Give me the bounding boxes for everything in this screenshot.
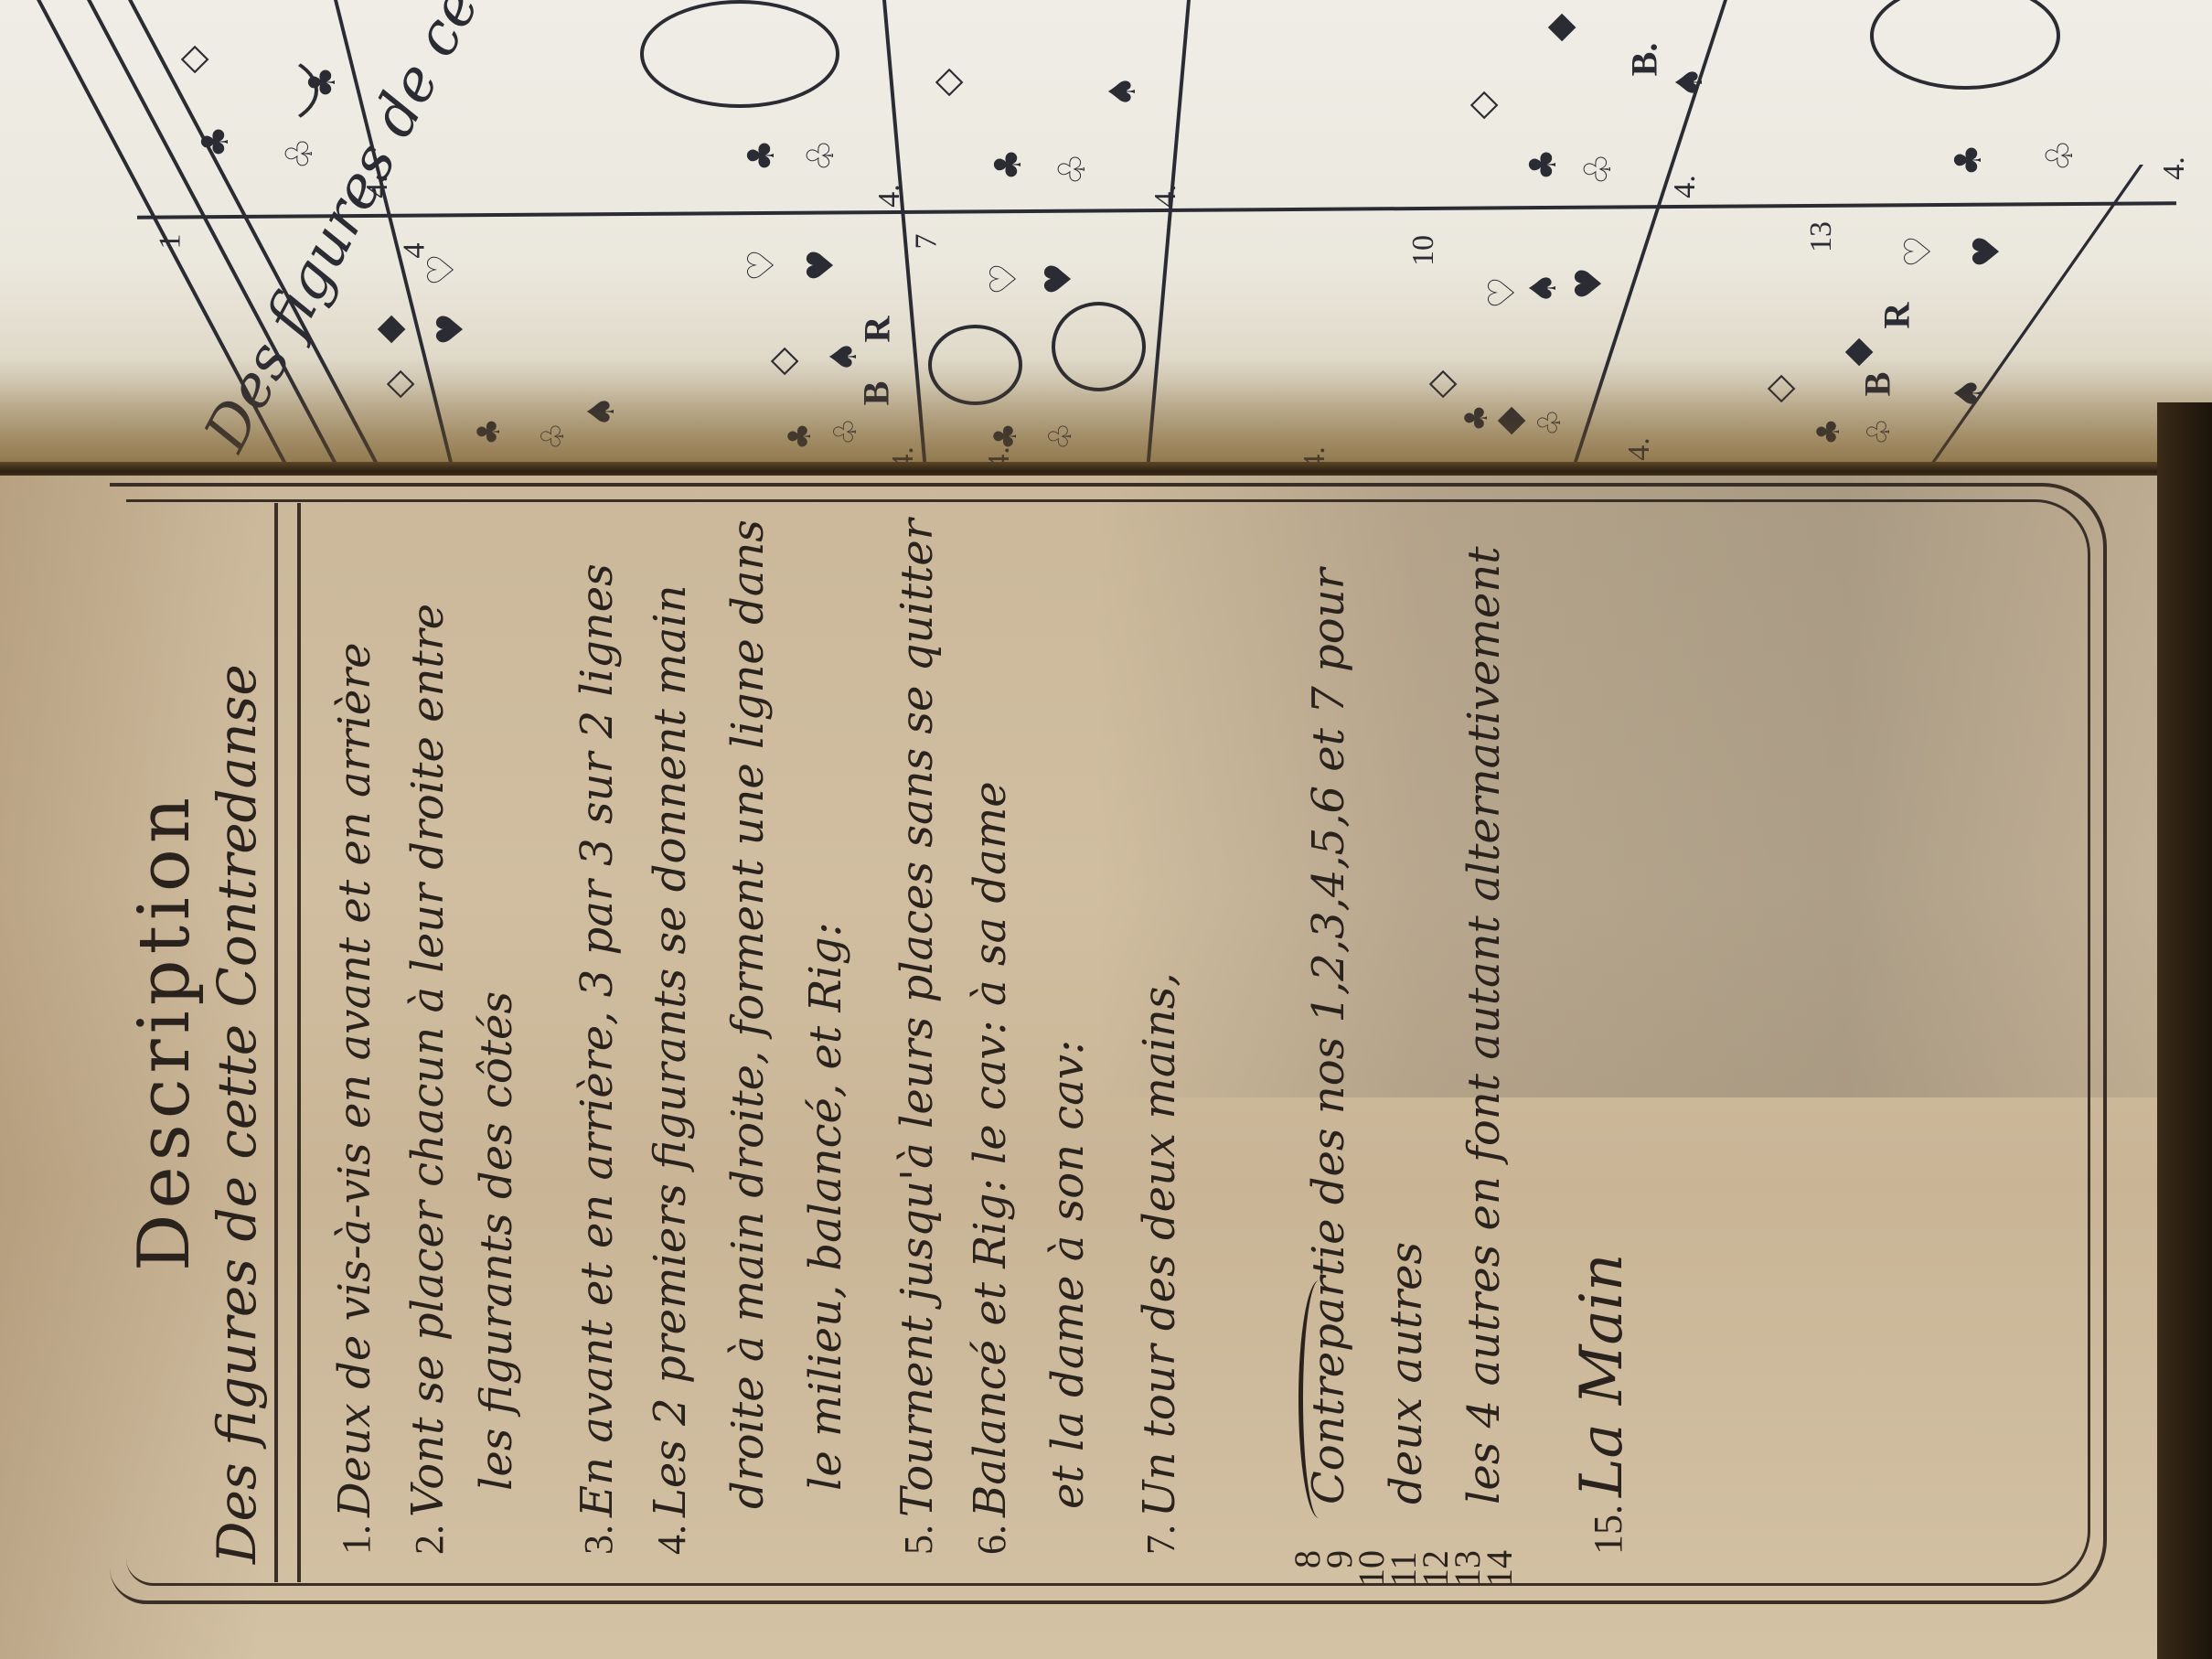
page-heading: Description	[123, 792, 206, 1271]
line-number: 6.	[969, 1525, 1014, 1555]
description-page: Description Des figures de cette Contred…	[0, 476, 2167, 1659]
description-line-4-cont: droite à main droite, forment une ligne …	[722, 519, 774, 1509]
diamond-filled-icon: ◆	[370, 316, 407, 344]
description-line-4-cont: le milieu, balancé, et Rig:	[800, 922, 851, 1491]
title-rule	[297, 503, 301, 1582]
letter-r-marker: R	[1878, 303, 1915, 329]
cell-number: 10	[1406, 235, 1441, 266]
line-text: le milieu, balancé, et Rig:	[800, 922, 851, 1491]
title-rule	[274, 503, 278, 1582]
description-line-15: 15.La Main	[1568, 1254, 1636, 1555]
club-outline-icon: ♧	[282, 137, 318, 170]
measure-mark: 4.	[2157, 156, 2192, 180]
line-text: Tournent jusqu'à leurs places sans se qu…	[892, 519, 943, 1517]
path-curve	[146, 46, 318, 135]
diamond-outline-icon: ◇	[928, 69, 965, 97]
heart-filled-icon: ♥	[803, 249, 839, 282]
measure-mark: 4.	[1668, 175, 1703, 198]
description-line-6-cont: et la dame à son cav:	[1042, 1040, 1094, 1509]
club-outline-icon: ♧	[803, 139, 839, 172]
line-text: Vont se placer chacun à leur droite entr…	[402, 604, 454, 1517]
description-line-7: 7.Un tour des deux mains,	[1134, 972, 1185, 1555]
letter-r-marker: R	[859, 316, 895, 343]
measure-mark: 4.	[872, 184, 907, 208]
cell-number: 7	[910, 234, 945, 250]
line-text: En avant et en arrière, 3 par 3 sur 2 li…	[572, 563, 623, 1517]
line-number: 4.	[649, 1525, 694, 1555]
club-outline-icon: ♧	[2042, 139, 2078, 172]
grouped-line-1: Contrepartie des nos 1,2,3,4,5,6 et 7 po…	[1303, 568, 1354, 1504]
line-text: Un tour des deux mains,	[1134, 972, 1185, 1517]
diagram-page: Des figures de cette 1 4 7 10 13 4. 4. 4…	[0, 0, 2212, 476]
spade-icon: ♠	[1105, 75, 1141, 108]
measure-mark: 4.	[1149, 184, 1183, 208]
spade-icon: ♠	[1672, 66, 1708, 99]
heart-outline-icon: ♡	[986, 262, 1022, 295]
grouped-number: 14	[1481, 1550, 1518, 1587]
line-text: les figurants des côtés	[471, 991, 522, 1491]
description-line-2-cont: les figurants des côtés	[471, 991, 522, 1491]
heart-outline-icon: ♡	[423, 253, 460, 286]
heart-filled-icon: ♥	[1571, 267, 1608, 300]
line-text: Les 2 premiers figurants se donnent main	[645, 585, 696, 1517]
cell-number: 1	[154, 234, 188, 250]
turn-circle	[640, 0, 839, 108]
letter-b-marker: B.	[1626, 43, 1662, 77]
page-subheading: Des figures de cette Contredanse	[206, 664, 268, 1564]
page-shadow	[0, 357, 2212, 476]
line-text: droite à main droite, forment une ligne …	[722, 519, 774, 1509]
description-line-2: 2.Vont se placer chacun à leur droite en…	[402, 604, 454, 1555]
line-text: La Main	[1568, 1254, 1636, 1497]
club-filled-icon: ♣	[1950, 144, 1987, 177]
club-filled-icon: ♣	[990, 148, 1027, 181]
line-text: Balancé et Rig: le cav: à sa dame	[965, 781, 1016, 1517]
club-filled-icon: ♣	[1525, 148, 1562, 181]
club-outline-icon: ♧	[1054, 153, 1091, 186]
description-line-4: 4.Les 2 premiers figurants se donnent ma…	[645, 585, 696, 1555]
description-line-6: 6.Balancé et Rig: le cav: à sa dame	[965, 781, 1016, 1555]
measure-mark: 4.	[360, 175, 395, 198]
diamond-outline-icon: ◇	[1463, 91, 1500, 120]
grouped-line-2: deux autres	[1381, 1242, 1432, 1504]
line-number: 15.	[1586, 1504, 1630, 1555]
heart-filled-icon: ♥	[1041, 262, 1077, 295]
heart-filled-icon: ♥	[433, 313, 469, 346]
line-text: et la dame à son cav:	[1042, 1040, 1094, 1509]
spade-icon: ♠	[1525, 272, 1562, 305]
line-number: 1.	[334, 1525, 379, 1555]
heart-outline-icon: ♡	[1484, 276, 1521, 309]
line-number: 7.	[1138, 1525, 1183, 1555]
description-line-5: 5.Tournent jusqu'à leurs places sans se …	[892, 519, 943, 1555]
club-outline-icon: ♧	[1580, 153, 1617, 186]
cell-number: 13	[1804, 221, 1839, 252]
heart-outline-icon: ♡	[743, 249, 780, 282]
line-number: 5.	[896, 1525, 941, 1555]
diamond-filled-icon: ◆	[1541, 14, 1577, 42]
book-edge	[2157, 402, 2212, 1659]
description-line-3: 3.En avant et en arrière, 3 par 3 sur 2 …	[572, 563, 623, 1555]
line-number: 2.	[407, 1525, 452, 1555]
heart-filled-icon: ♥	[1969, 235, 2005, 268]
line-number: 3.	[576, 1525, 621, 1555]
turn-circle	[1870, 0, 2060, 90]
club-filled-icon: ♣	[743, 139, 780, 172]
grouped-line-3: les 4 autres en font autant alternativem…	[1459, 546, 1510, 1504]
line-text: Deux de vis-à-vis en avant et en arrière	[329, 642, 380, 1517]
heart-outline-icon: ♡	[1900, 235, 1937, 268]
description-line-1: 1.Deux de vis-à-vis en avant et en arriè…	[329, 642, 380, 1555]
